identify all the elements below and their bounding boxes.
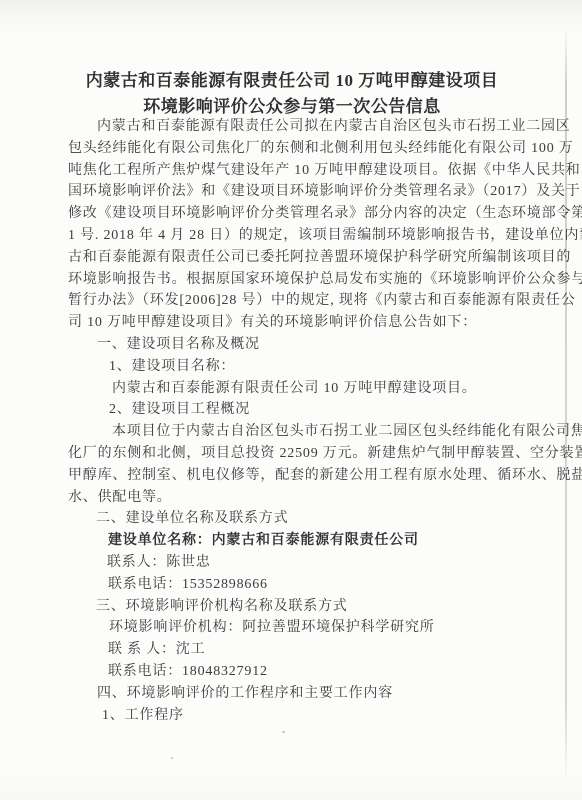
text-line: 联系电话：15352898666: [68, 574, 538, 596]
text-line: 化厂的东侧和北侧，项目总投资 22509 万元。新建焦炉气制甲醇装置、空分装置、: [68, 443, 538, 465]
document-title-line-1: 内蒙古和百泰能源有限责任公司 10 万吨甲醇建设项目: [68, 68, 516, 94]
text-line: 三、环境影响评价机构名称及联系方式: [68, 596, 538, 618]
document-title: 内蒙古和百泰能源有限责任公司 10 万吨甲醇建设项目 环境影响评价公众参与第一次…: [68, 68, 516, 120]
text-line: 古和百泰能源有限责任公司已委托阿拉善盟环境保护科学研究所编制该项目的: [68, 247, 538, 269]
text-line: 1、工作程序: [68, 705, 538, 727]
text-line: 2、建设项目工程概况: [68, 399, 538, 421]
text-line: 联系人：陈世忠: [68, 552, 538, 574]
text-line: 一、建设项目名称及概况: [68, 334, 538, 356]
text-line: 国环境影响评价法》和《建设项目环境影响评价分类管理名录》（2017）及关于: [68, 181, 538, 203]
text-line: 内蒙古和百泰能源有限责任公司 10 万吨甲醇建设项目。: [68, 378, 538, 400]
text-line: 联 系 人：沈工: [68, 639, 538, 661]
text-line: 建设单位名称：内蒙古和百泰能源有限责任公司: [68, 530, 538, 552]
text-line: 环境影响评价机构：阿拉善盟环境保护科学研究所: [68, 617, 538, 639]
text-line: 吨焦化工程所产焦炉煤气建设年产 10 万吨甲醇建设项目。依据《中华人民共和: [68, 160, 538, 182]
text-line: 本项目位于内蒙古自治区包头市石拐工业二园区包头经纬能化有限公司焦: [68, 421, 538, 443]
text-line: 水、供配电等。: [68, 487, 538, 509]
scan-speck: [171, 757, 173, 759]
text-line: 修改《建设项目环境影响评价分类管理名录》部分内容的决定（生态环境部令第: [68, 203, 538, 225]
text-line: 暂行办法》（环发[2006]28 号）中的规定, 现将《内蒙古和百泰能源有限责任…: [68, 290, 538, 312]
text-line: 包头经纬能化有限公司焦化厂的东侧和北侧利用包头经纬能化有限公司 100 万: [68, 138, 538, 160]
text-line: 司 10 万吨甲醇建设项目》有关的环境影响评价信息公告如下：: [68, 312, 538, 334]
text-line: 二、建设单位名称及联系方式: [68, 508, 538, 530]
text-line: 内蒙古和百泰能源有限责任公司拟在内蒙古自治区包头市石拐工业二园区: [68, 116, 538, 138]
scan-speck: [282, 731, 285, 733]
text-line: 四、环境影响评价的工作程序和主要工作内容: [68, 683, 538, 705]
text-line: 1 号. 2018 年 4 月 28 日）的规定，该项目需编制环境影响报告书，建…: [68, 225, 538, 247]
text-line: 联系电话：18048327912: [68, 661, 538, 683]
text-line: 甲醇库、控制室、机电仪修等，配套的新建公用工程有原水处理、循环水、脱盐: [68, 465, 538, 487]
text-line: 1、建设项目名称：: [68, 356, 538, 378]
scan-edge-line: [565, 26, 567, 782]
document-body: 内蒙古和百泰能源有限责任公司拟在内蒙古自治区包头市石拐工业二园区包头经纬能化有限…: [68, 116, 538, 726]
text-line: 环境影响报告书。根据原国家环境保护总局发布实施的《环境影响评价公众参与: [68, 269, 538, 291]
